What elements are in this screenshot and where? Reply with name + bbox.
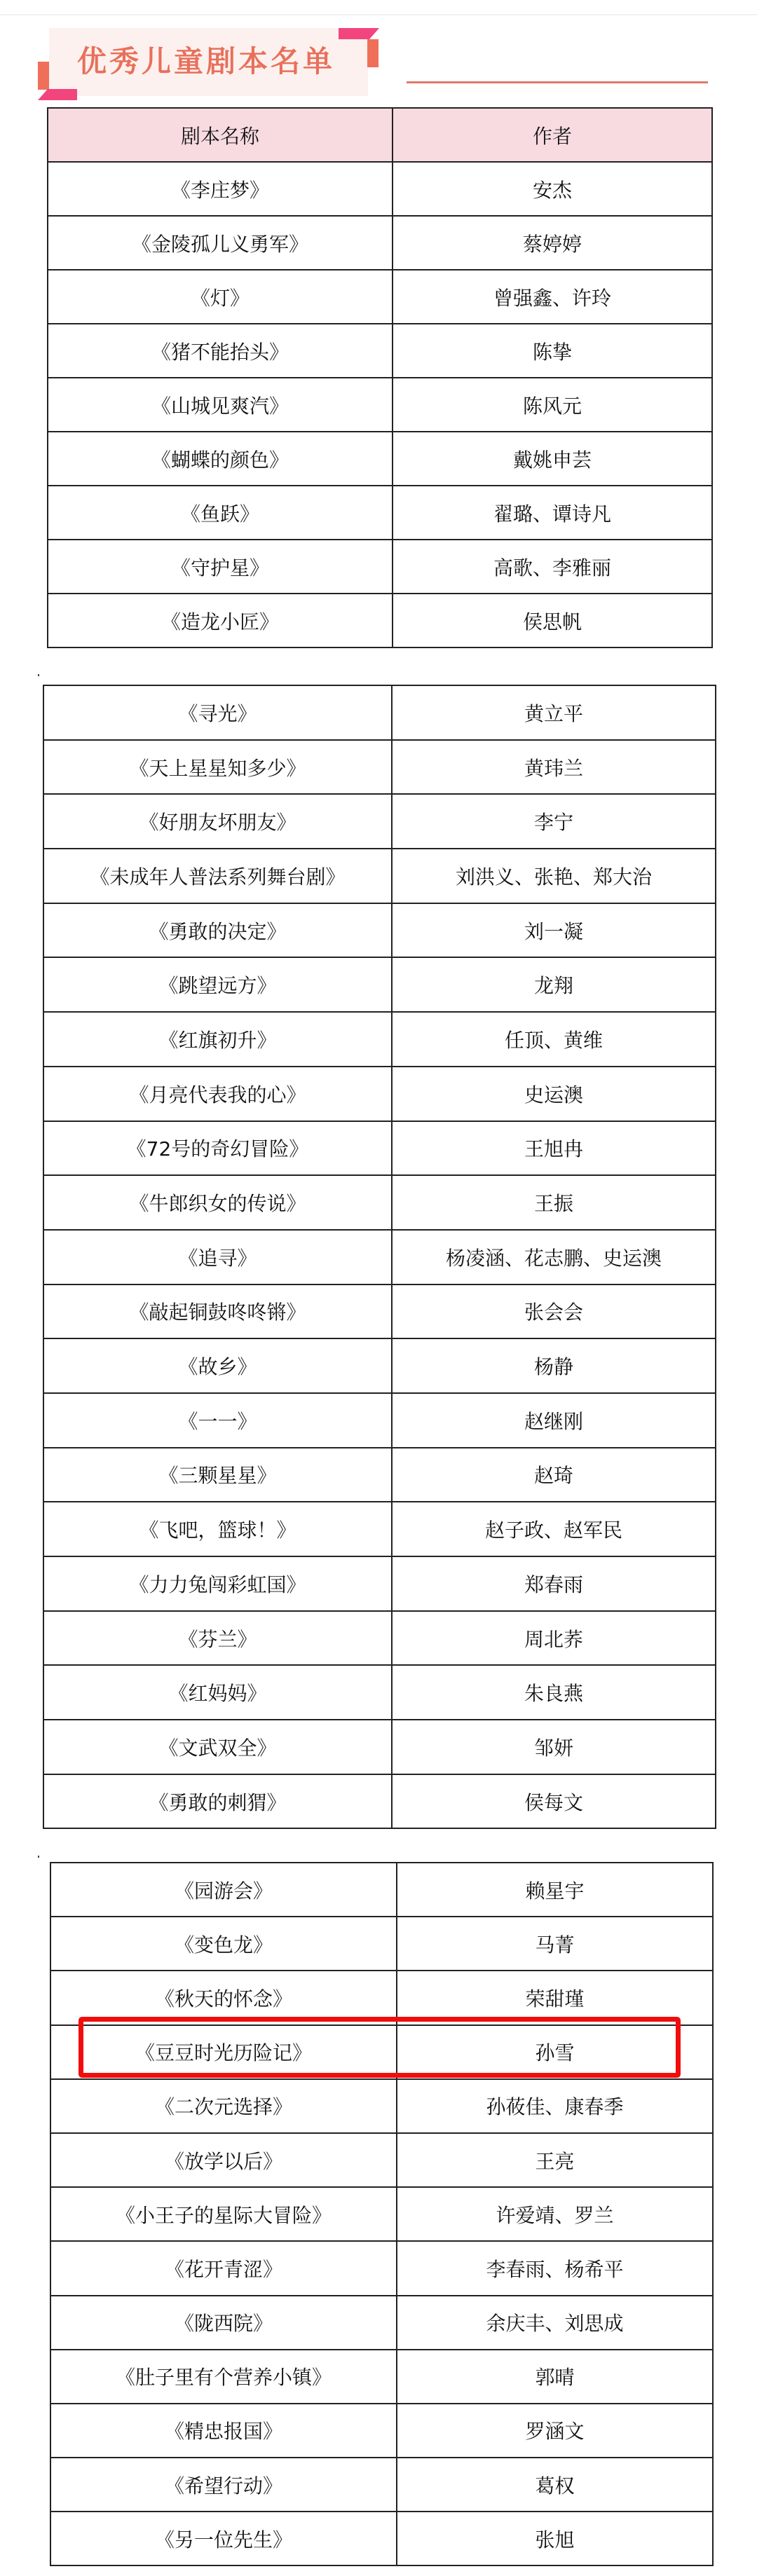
script-title: 《红妈妈》	[43, 1665, 392, 1720]
table-row: 《金陵孤儿义勇军》蔡婷婷	[48, 216, 712, 270]
script-title: 《秋天的怀念》	[50, 1971, 397, 2025]
script-title: 《牛郎织女的传说》	[43, 1175, 392, 1230]
script-author: 赵琦	[392, 1448, 716, 1502]
script-author: 葛权	[397, 2458, 713, 2512]
script-author: 郑春雨	[392, 1556, 716, 1611]
table-row: 《小王子的星际大冒险》许爱靖、罗兰	[50, 2187, 713, 2241]
script-author: 邹妍	[392, 1720, 716, 1774]
script-author: 朱良燕	[392, 1665, 716, 1720]
script-title: 《肚子里有个营养小镇》	[50, 2350, 397, 2404]
script-author: 陈风元	[393, 378, 712, 432]
script-author: 赖星宇	[397, 1863, 713, 1917]
table-row: 《跳望远方》龙翔	[43, 957, 716, 1012]
corner-decoration-bottom-left-tip	[38, 89, 48, 100]
table-row: 《放学以后》王亮	[50, 2133, 713, 2187]
script-title: 《希望行动》	[50, 2458, 397, 2512]
script-author: 安杰	[393, 162, 712, 216]
script-title: 《故乡》	[43, 1338, 392, 1393]
script-author: 张旭	[397, 2512, 713, 2565]
script-title: 《变色龙》	[50, 1917, 397, 1971]
title-banner: 优秀儿童剧本名单	[49, 28, 368, 96]
table-row: 《鱼跃》翟璐、谭诗凡	[48, 486, 712, 540]
table-row: 《李庄梦》安杰	[48, 162, 712, 216]
script-table-1: 剧本名称 作者 《李庄梦》安杰 《金陵孤儿义勇军》蔡婷婷 《灯》曾强鑫、许玲 《…	[47, 107, 713, 648]
table-row: 《蝴蝶的颜色》戴姚申芸	[48, 432, 712, 486]
script-title: 《蝴蝶的颜色》	[48, 432, 393, 486]
script-title: 《灯》	[48, 270, 393, 324]
script-title: 《月亮代表我的心》	[43, 1067, 392, 1121]
stray-dot	[38, 674, 39, 676]
script-title: 《未成年人普法系列舞台剧》	[43, 849, 392, 903]
script-title: 《猪不能抬头》	[48, 324, 393, 378]
script-author: 罗涵文	[397, 2404, 713, 2458]
script-author: 黄立平	[392, 685, 716, 740]
script-author: 史运澳	[392, 1067, 716, 1121]
script-title: 《跳望远方》	[43, 957, 392, 1012]
table-row: 《变色龙》马菁	[50, 1917, 713, 1971]
script-author: 杨静	[392, 1338, 716, 1393]
script-title: 《精忠报国》	[50, 2404, 397, 2458]
corner-decoration-top-right-vertical	[367, 39, 378, 67]
table-row: 《肚子里有个营养小镇》郭晴	[50, 2350, 713, 2404]
table-row: 《园游会》赖星宇	[50, 1863, 713, 1917]
table-row: 《追寻》杨凌涵、花志鹏、史运澳	[43, 1230, 716, 1284]
script-title: 《72号的奇幻冒险》	[43, 1121, 392, 1176]
script-title: 《花开青涩》	[50, 2241, 397, 2295]
script-title: 《力力兔闯彩虹国》	[43, 1556, 392, 1611]
script-author: 周北荞	[392, 1611, 716, 1666]
script-title: 《芬兰》	[43, 1611, 392, 1666]
table-row: 《寻光》黄立平	[43, 685, 716, 740]
script-title: 《红旗初升》	[43, 1012, 392, 1067]
script-author: 高歌、李雅丽	[393, 540, 712, 594]
table-row: 《另一位先生》张旭	[50, 2512, 713, 2565]
table-row: 《一一》赵继刚	[43, 1393, 716, 1448]
script-author: 孙莜佳、康春季	[397, 2079, 713, 2133]
script-title: 《守护星》	[48, 540, 393, 594]
script-title: 《追寻》	[43, 1230, 392, 1284]
script-author: 刘一凝	[392, 903, 716, 958]
corner-decoration-bottom-left	[48, 89, 77, 100]
script-author: 余庆丰、刘思成	[397, 2296, 713, 2350]
script-author: 王亮	[397, 2133, 713, 2187]
table-row: 《飞吧，篮球！》赵子政、赵军民	[43, 1502, 716, 1556]
stray-dot	[38, 1856, 39, 1858]
table-row: 《猪不能抬头》陈挚	[48, 324, 712, 378]
script-table-2: 《寻光》黄立平 《天上星星知多少》黄玮兰 《好朋友坏朋友》李宁 《未成年人普法系…	[43, 685, 716, 1829]
table-header-row: 剧本名称 作者	[48, 108, 712, 162]
script-author: 许爱靖、罗兰	[397, 2187, 713, 2241]
script-title: 《放学以后》	[50, 2133, 397, 2187]
corner-decoration-bottom-left-vertical	[38, 62, 49, 90]
table-row: 《希望行动》葛权	[50, 2458, 713, 2512]
script-author: 郭晴	[397, 2350, 713, 2404]
script-title: 《敲起铜鼓咚咚锵》	[43, 1284, 392, 1339]
script-author: 刘洪义、张艳、郑大治	[392, 849, 716, 903]
script-author: 赵继刚	[392, 1393, 716, 1448]
script-title: 《寻光》	[43, 685, 392, 740]
script-title: 《另一位先生》	[50, 2512, 397, 2565]
script-author: 马菁	[397, 1917, 713, 1971]
table-row: 《芬兰》周北荞	[43, 1611, 716, 1666]
script-title: 《一一》	[43, 1393, 392, 1448]
script-title: 《山城见爽汽》	[48, 378, 393, 432]
table-row-highlighted: 《豆豆时光历险记》孙雪	[50, 2025, 713, 2079]
title-underline-decoration	[407, 81, 708, 83]
script-author: 黄玮兰	[392, 740, 716, 795]
table-row: 《敲起铜鼓咚咚锵》张会会	[43, 1284, 716, 1339]
table-row: 《三颗星星》赵琦	[43, 1448, 716, 1502]
script-title: 《勇敢的决定》	[43, 903, 392, 958]
table-row: 《勇敢的刺猬》侯每文	[43, 1774, 716, 1829]
corner-decoration-top-right-tip	[369, 28, 379, 39]
script-title: 《好朋友坏朋友》	[43, 794, 392, 849]
script-author: 李春雨、杨希平	[397, 2241, 713, 2295]
top-divider	[0, 14, 757, 15]
corner-decoration-top-right	[339, 28, 369, 39]
table-row: 《天上星星知多少》黄玮兰	[43, 740, 716, 795]
script-title: 《三颗星星》	[43, 1448, 392, 1502]
table-row: 《文武双全》邹妍	[43, 1720, 716, 1774]
script-title: 《造龙小匠》	[48, 594, 393, 648]
script-author: 王旭冉	[392, 1121, 716, 1176]
script-author: 龙翔	[392, 957, 716, 1012]
table-row: 《勇敢的决定》刘一凝	[43, 903, 716, 958]
script-author: 侯思帆	[393, 594, 712, 648]
script-table-3: 《园游会》赖星宇 《变色龙》马菁 《秋天的怀念》荣甜瑾 《豆豆时光历险记》孙雪 …	[50, 1862, 714, 2566]
page-title: 优秀儿童剧本名单	[77, 41, 335, 83]
table-row: 《好朋友坏朋友》李宁	[43, 794, 716, 849]
script-author: 杨凌涵、花志鹏、史运澳	[392, 1230, 716, 1284]
script-title: 《小王子的星际大冒险》	[50, 2187, 397, 2241]
script-title: 《李庄梦》	[48, 162, 393, 216]
script-author: 孙雪	[397, 2025, 713, 2079]
script-author: 李宁	[392, 794, 716, 849]
script-title: 《金陵孤儿义勇军》	[48, 216, 393, 270]
table-row: 《花开青涩》李春雨、杨希平	[50, 2241, 713, 2295]
script-author: 翟璐、谭诗凡	[393, 486, 712, 540]
table-row: 《月亮代表我的心》史运澳	[43, 1067, 716, 1121]
table-row: 《故乡》杨静	[43, 1338, 716, 1393]
table-row: 《山城见爽汽》陈风元	[48, 378, 712, 432]
table-row: 《秋天的怀念》荣甜瑾	[50, 1971, 713, 2025]
script-author: 赵子政、赵军民	[392, 1502, 716, 1556]
script-author: 戴姚申芸	[393, 432, 712, 486]
script-title: 《园游会》	[50, 1863, 397, 1917]
script-title: 《豆豆时光历险记》	[50, 2025, 397, 2079]
table-row: 《红妈妈》朱良燕	[43, 1665, 716, 1720]
script-title: 《天上星星知多少》	[43, 740, 392, 795]
script-author: 蔡婷婷	[393, 216, 712, 270]
column-header-title: 剧本名称	[48, 108, 393, 162]
script-author: 王振	[392, 1175, 716, 1230]
script-title: 《二次元选择》	[50, 2079, 397, 2133]
script-author: 张会会	[392, 1284, 716, 1339]
table-row: 《力力兔闯彩虹国》郑春雨	[43, 1556, 716, 1611]
script-title: 《鱼跃》	[48, 486, 393, 540]
script-author: 侯每文	[392, 1774, 716, 1829]
script-author: 陈挚	[393, 324, 712, 378]
table-row: 《陇西院》余庆丰、刘思成	[50, 2296, 713, 2350]
script-author: 任顶、黄维	[392, 1012, 716, 1067]
table-row: 《精忠报国》罗涵文	[50, 2404, 713, 2458]
script-author: 荣甜瑾	[397, 1971, 713, 2025]
table-row: 《未成年人普法系列舞台剧》刘洪义、张艳、郑大治	[43, 849, 716, 903]
table-row: 《守护星》高歌、李雅丽	[48, 540, 712, 594]
table-row: 《红旗初升》任顶、黄维	[43, 1012, 716, 1067]
script-title: 《勇敢的刺猬》	[43, 1774, 392, 1829]
table-row: 《造龙小匠》侯思帆	[48, 594, 712, 648]
column-header-author: 作者	[393, 108, 712, 162]
script-title: 《飞吧，篮球！》	[43, 1502, 392, 1556]
table-row: 《牛郎织女的传说》王振	[43, 1175, 716, 1230]
table-row: 《二次元选择》孙莜佳、康春季	[50, 2079, 713, 2133]
script-title: 《文武双全》	[43, 1720, 392, 1774]
table-row: 《72号的奇幻冒险》王旭冉	[43, 1121, 716, 1176]
script-title: 《陇西院》	[50, 2296, 397, 2350]
script-author: 曾强鑫、许玲	[393, 270, 712, 324]
table-row: 《灯》曾强鑫、许玲	[48, 270, 712, 324]
